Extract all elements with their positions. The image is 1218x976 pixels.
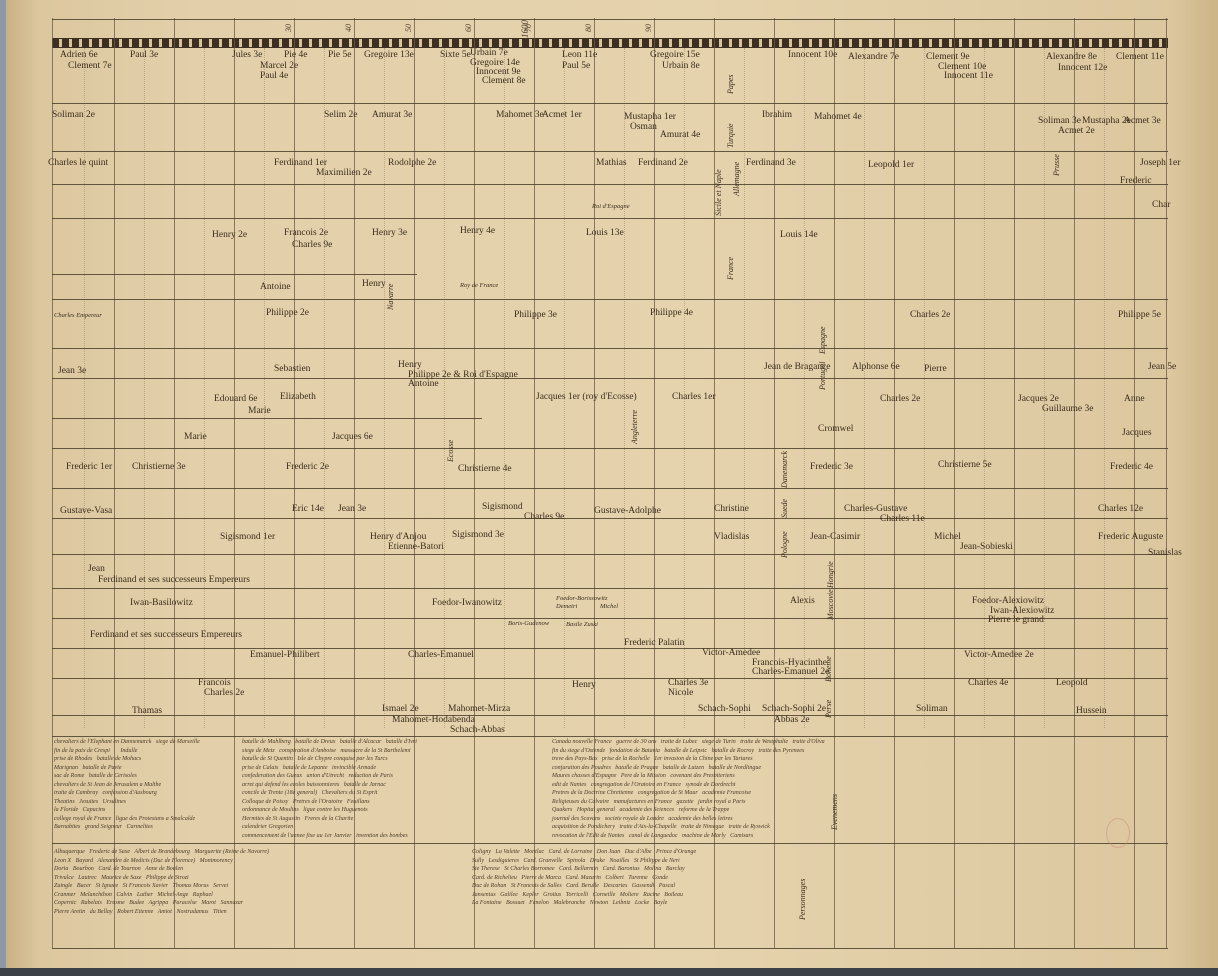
name-label: Mahomet 3e — [496, 110, 544, 121]
scanner-edge-bottom — [0, 968, 1218, 976]
name-label: Alexandre 7e — [848, 52, 899, 63]
dotted-grid-line — [384, 48, 385, 728]
name-label: Marie — [248, 406, 271, 417]
vertical-country-label: Pologne — [780, 531, 789, 558]
vertical-country-label: Navarre — [386, 284, 395, 310]
name-label: Antoine — [408, 379, 439, 390]
name-label: Ferdinand et ses successeurs Empereurs — [90, 630, 242, 641]
vertical-country-label: Boheme — [824, 656, 833, 682]
name-label: Cromwel — [818, 424, 853, 435]
dotted-grid-line — [804, 48, 805, 728]
name-label: Demetri — [556, 601, 577, 612]
name-label: Henry 4e — [460, 226, 495, 237]
name-label: Gregoire 15e — [650, 50, 700, 61]
name-label: Etienne-Batori — [388, 542, 444, 553]
dotted-grid-line — [624, 48, 625, 728]
name-label: Guillaume 3e — [1042, 404, 1093, 415]
vertical-country-label: Suede — [780, 499, 789, 518]
name-label: Adrien 6e — [60, 50, 98, 61]
tick-label-1600: 1600 — [520, 20, 530, 38]
name-label: Louis 13e — [586, 228, 624, 239]
name-label: Charles 2e — [910, 310, 950, 321]
persons-notes-left: Albuquerque Frederic de Saxe Albert de B… — [54, 848, 514, 916]
name-label: Pie 4e — [284, 50, 307, 61]
vertical-country-label: Danemarck — [780, 451, 789, 488]
name-label: Paul 4e — [260, 71, 288, 82]
name-label: Char — [1152, 200, 1170, 211]
tick-label: 30 — [284, 24, 293, 32]
name-label: Schach-Sophi — [698, 704, 751, 715]
name-label: Osman — [630, 122, 657, 133]
name-label: Christierne 4e — [458, 464, 512, 475]
timeline-ruler — [52, 38, 1168, 48]
events-notes-right: Canada nouvelle France guerre de 30 ans … — [552, 738, 1168, 840]
name-label: Henry 2e — [212, 230, 247, 241]
tick-label: 50 — [404, 24, 413, 32]
vertical-country-label: Allemagne — [732, 162, 741, 196]
row-separator — [52, 378, 1168, 379]
vertical-country-label: France — [726, 257, 735, 280]
name-label: Charles 1er — [672, 392, 716, 403]
name-label: Paul 5e — [562, 61, 590, 72]
name-label: Acmet 1er — [542, 110, 582, 121]
name-label: Charles 9e — [524, 512, 564, 523]
name-label: Christierne 3e — [132, 462, 186, 473]
name-label: Charles 12e — [1098, 504, 1143, 515]
row-separator — [52, 448, 1168, 449]
row-separator — [52, 715, 1168, 716]
name-label: Innocent 12e — [1058, 63, 1107, 74]
name-label: Charles-Emanuel 2e — [752, 667, 829, 678]
vertical-country-label: Sicile et Naple — [714, 169, 723, 216]
name-label: Charles le quint — [48, 158, 108, 169]
name-label: Abbas 2e — [774, 715, 810, 726]
name-label: Jacques — [1122, 428, 1152, 439]
name-label: Emanuel-Philibert — [250, 650, 320, 661]
name-label: Joseph 1er — [1140, 158, 1180, 169]
dotted-grid-line — [1104, 48, 1105, 728]
name-label: Michel — [600, 601, 618, 612]
row-separator — [52, 518, 1168, 519]
name-label: Jean 3e — [58, 366, 86, 377]
name-label: Frederic Auguste — [1098, 532, 1163, 543]
vertical-country-label: Moscovie — [826, 589, 835, 620]
dotted-grid-line — [864, 48, 865, 728]
dotted-grid-line — [144, 48, 145, 728]
name-label: Frederic 2e — [286, 462, 329, 473]
vertical-country-label: Angleterre — [630, 410, 639, 444]
name-label: Frederic Palatin — [624, 638, 684, 649]
name-label: Foedor-Iwanowitz — [432, 598, 502, 609]
name-label: Alphonse 6e — [852, 362, 900, 373]
row-separator — [52, 103, 1168, 104]
name-label: Amurat 3e — [372, 110, 412, 121]
name-label: Schach-Sophi 2e — [762, 704, 826, 715]
vertical-country-label: Ecosse — [446, 440, 455, 462]
row-separator — [52, 19, 1168, 20]
name-label: Leopold 1er — [868, 160, 914, 171]
name-label: Leopold — [1056, 678, 1088, 689]
name-label: Sigismond 3e — [452, 530, 504, 541]
name-label: Mathias — [596, 158, 627, 169]
dotted-grid-line — [324, 48, 325, 728]
name-label: Clement 7e — [68, 61, 112, 72]
name-label: Edouard 6e — [214, 394, 258, 405]
name-label: Soliman 2e — [52, 110, 95, 121]
dotted-grid-line — [84, 48, 85, 728]
name-label: Schach-Abbas — [450, 725, 505, 736]
name-label: Charles 2e — [204, 688, 244, 699]
row-separator — [52, 299, 1168, 300]
name-label: Boris-Gudenow — [508, 618, 549, 629]
name-label: Innocent 11e — [944, 71, 993, 82]
name-label: Gustave-Adolphe — [594, 506, 661, 517]
name-label: Philippe 4e — [650, 308, 693, 319]
name-label: Philippe 5e — [1118, 310, 1161, 321]
name-label: Frederic — [1120, 176, 1152, 187]
dotted-grid-line — [924, 48, 925, 728]
name-label: Alexandre 8e — [1046, 52, 1097, 63]
dotted-grid-line — [684, 48, 685, 728]
name-label: Jacques 6e — [332, 432, 373, 443]
tick-label: 90 — [644, 24, 653, 32]
name-label: Eric 14e — [292, 504, 324, 515]
name-label: Sigismond — [482, 502, 523, 513]
row-separator — [52, 843, 1168, 844]
name-label: Sebastien — [274, 364, 310, 375]
dotted-grid-line — [984, 48, 985, 728]
name-label: Rodolphe 2e — [388, 158, 436, 169]
name-label: Ferdinand et ses successeurs Empereurs — [98, 575, 250, 586]
name-label: Sixte 5e — [440, 50, 471, 61]
name-label: Charles 2e — [880, 394, 920, 405]
name-label: Henry — [362, 279, 386, 290]
name-label: Acmet 3e — [1124, 116, 1161, 127]
dotted-grid-line — [504, 48, 505, 728]
name-label: Nicole — [668, 688, 693, 699]
row-separator — [52, 418, 482, 419]
name-label: Sigismond 1er — [220, 532, 275, 543]
name-label: Anne — [1124, 394, 1145, 405]
row-separator — [52, 274, 417, 275]
vertical-country-label: Perse — [824, 700, 833, 718]
tick-label: 40 — [344, 24, 353, 32]
name-label: Acmet 2e — [1058, 126, 1095, 137]
vertical-country-label: Hongrie — [826, 561, 835, 588]
name-label: Victor-Amedee 2e — [964, 650, 1034, 661]
name-label: Jean-Casimir — [810, 532, 860, 543]
name-label: Vladislas — [714, 532, 749, 543]
name-label: Charles 11e — [880, 514, 925, 525]
vertical-country-label: Papes — [726, 74, 735, 94]
chart-frame: 30 40 50 60 70 80 90 1600 — [52, 18, 1168, 968]
name-label: Basile Zuski — [566, 619, 598, 630]
tick-label: 60 — [464, 24, 473, 32]
name-label: Paul 3e — [130, 50, 158, 61]
name-label: Urbain 8e — [662, 61, 700, 72]
name-label: Thamas — [132, 706, 162, 717]
name-label: Jules 3e — [232, 50, 262, 61]
name-label: Selim 2e — [324, 110, 358, 121]
name-label: Frederic 1er — [66, 462, 112, 473]
tick-label: 80 — [584, 24, 593, 32]
row-separator — [52, 948, 1168, 949]
name-label: Stanislas — [1148, 548, 1182, 559]
name-label: Charles 9e — [292, 240, 332, 251]
library-stamp — [1106, 818, 1130, 848]
name-label: Charles 4e — [968, 678, 1008, 689]
name-label: Clement 8e — [482, 76, 526, 87]
name-label: Henry — [572, 680, 596, 691]
scanner-edge-left — [0, 0, 6, 976]
name-label: Charles-Emanuel — [408, 650, 474, 661]
dotted-grid-line — [1044, 48, 1045, 728]
dotted-grid-line — [744, 48, 745, 728]
row-separator — [52, 488, 1168, 489]
name-label: Jean 5e — [1148, 362, 1176, 373]
dotted-grid-line — [444, 48, 445, 728]
name-label: Francois 2e — [284, 228, 328, 239]
name-label: Amurat 4e — [660, 130, 700, 141]
name-label: Leon 11e — [562, 50, 597, 61]
name-label: Louis 14e — [780, 230, 818, 241]
name-label: Maximilien 2e — [316, 168, 372, 179]
name-label: Ismael 2e — [382, 704, 419, 715]
row-separator — [52, 736, 1168, 737]
name-label: Pierre — [924, 364, 947, 375]
row-separator — [52, 184, 1168, 185]
vertical-country-label: Espagne — [818, 326, 827, 354]
row-separator — [52, 348, 1168, 349]
row-separator — [52, 218, 1168, 219]
name-label: Clement 11e — [1116, 52, 1164, 63]
name-label: Christine — [714, 504, 749, 515]
name-label: Frederic 4e — [1110, 462, 1153, 473]
name-label: Ibrahim — [762, 110, 792, 121]
vertical-country-label: Turquie — [726, 123, 735, 148]
name-label: Jacques 1er (roy d'Ecosse) — [536, 392, 637, 403]
name-label: Philippe 2e — [266, 308, 309, 319]
name-label: Frederic 3e — [810, 462, 853, 473]
name-label: Roi d'Espagne — [592, 201, 630, 212]
name-label: Mahomet-Mirza — [448, 704, 510, 715]
name-label: Iwan-Basilowitz — [130, 598, 193, 609]
name-label: Charles Empereur — [54, 310, 102, 321]
name-label: Soliman — [916, 704, 948, 715]
name-label: Antoine — [260, 282, 291, 293]
name-label: Gustave-Vasa — [60, 506, 112, 517]
name-label: Philippe 3e — [514, 310, 557, 321]
name-label: Elizabeth — [280, 392, 316, 403]
name-label: Jean 3e — [338, 504, 366, 515]
name-label: Jean — [88, 564, 105, 575]
name-label: Michel — [934, 532, 961, 543]
row-separator — [52, 554, 1168, 555]
vertical-country-label: Prusse — [1052, 154, 1061, 176]
name-label: Pie 5e — [328, 50, 351, 61]
name-label: Henry 3e — [372, 228, 407, 239]
row-separator — [52, 648, 1168, 649]
name-label: Mahomet 4e — [814, 112, 862, 123]
name-label: Roy de France — [460, 280, 498, 291]
name-label: Innocent 10e — [788, 50, 837, 61]
name-label: Gregoire 13e — [364, 50, 414, 61]
name-label: Ferdinand 2e — [638, 158, 688, 169]
dotted-grid-line — [264, 48, 265, 728]
vertical-country-label: Portugal — [818, 362, 827, 390]
dotted-grid-line — [204, 48, 205, 728]
name-label: Marie — [184, 432, 207, 443]
name-label: Christierne 5e — [938, 460, 992, 471]
name-label: Ferdinand 3e — [746, 158, 796, 169]
name-label: Jean-Sobieski — [960, 542, 1013, 553]
row-separator — [52, 151, 1168, 152]
row-separator — [52, 588, 1168, 589]
name-label: Alexis — [790, 596, 815, 607]
persons-notes-right: Coligny La Valette Montluc Card. de Lorr… — [472, 848, 1168, 908]
name-label: Pierre le grand — [988, 615, 1044, 626]
dotted-grid-line — [564, 48, 565, 728]
name-label: Hussein — [1076, 706, 1107, 717]
